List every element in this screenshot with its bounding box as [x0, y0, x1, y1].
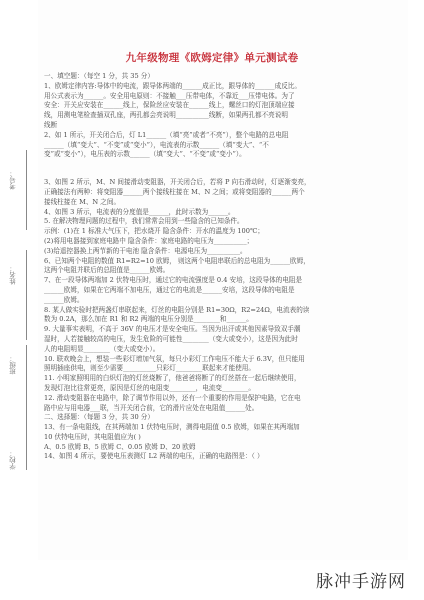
margin-label-class: 班级：	[8, 355, 17, 375]
question-1-line-2: 用公式表示为______。安全用电原则：不接触___压带电体，不靠近___压带电…	[44, 92, 380, 102]
question-5-line-3: (2)将用电器接到家庭电路中 隐含条件：家庭电路的电压为__________；	[44, 237, 380, 247]
question-6-line-2: 这两个电阻并联后的总阻值是______欧姆。	[44, 266, 380, 276]
question-1-line-3: 安全：开关应安装在______线上，保险丝应安装在______线上，螺丝口的灯泡…	[44, 101, 380, 111]
binding-margin: 考号： 姓名： 班级： 学校：	[0, 150, 36, 550]
question-13-line-2: 10 伏特电压时，其电阻值应为( )	[44, 433, 380, 443]
question-3-line-2: 正确接法有两种：将变阻器______两个接线柱接在 M、N 之间；或将变阻器的_…	[44, 188, 380, 198]
question-1-line-4: 线，用测电笔检查插双孔座，两孔都会亮说明__________线断，如果两孔都不亮…	[44, 111, 380, 121]
question-1-line-5: 线断	[44, 121, 380, 131]
question-7-line-3: ______欧姆。	[44, 296, 380, 306]
question-7-line-1: 7、在一段导体两端加 2 伏特电压时，通过它的电流强度是 0.4 安培，这段导体…	[44, 276, 380, 286]
question-3-line-1: 3、如图 2 所示，M、N 间接滑动变阻器，开关闭合后，若将 P 向右滑动时，灯…	[44, 178, 380, 188]
figure-space	[44, 160, 380, 178]
question-8-line-1: 8. 某人做实验时把两盏灯串联起来，灯丝的电阻分别是 R1=30Ω，R2=24Ω…	[44, 306, 380, 316]
question-2-line-2: ______（填“变大”、“不变”或“变小”），电流表的示数______（填“变…	[44, 141, 380, 151]
question-12-line-2: 路中应与用电器___联，当开关闭合前，它的滑片应处在电阻值______处。	[44, 404, 380, 414]
question-9-line-1: 9. 大量事实表明，不高于 36V 的电压才是安全电压。当因为出汗或其他因素导致…	[44, 325, 380, 335]
question-13-options: A、0.5 欧姆 B、5 欧姆 C、0.05 欧姆 D、20 欧姆	[44, 443, 380, 453]
question-13-line-1: 13、有一条电阻线，在其两端加 1 伏特电压时，测得电阻值 0.5 欧姆，如果在…	[44, 423, 380, 433]
question-7-line-2: ______欧姆，如果在它两端不加电压，通过它的电流是______安培，这段导体…	[44, 286, 380, 296]
question-5-line-2: 示例：(1)在 1 标准大气压下，把水烧开 隐含条件：开水的温度为 100℃；	[44, 227, 380, 237]
exam-content: 一、填空题：（每空 1 分，共 35 分） 1、欧姆定律内容:导体中的电流，跟导…	[44, 72, 380, 462]
margin-line	[26, 150, 27, 230]
question-12-line-1: 12. 滑动变阻器在电路中，除了调节作用以外，还有一个重要的作用是保护电路，它在…	[44, 394, 380, 404]
document-title: 九年级物理《欧姆定律》单元测试卷	[0, 50, 424, 65]
question-6-line-1: 6、已知两个电阻的数值 R1=R2=10 欧姆， 则这两个电阻串联后的总电阻为_…	[44, 257, 380, 267]
question-14: 14、如图 4 所示，要使电压表测灯 L2 两端的电压，正确的电路图是：（ ）	[44, 452, 380, 462]
question-10-line-2: 照明插座供电，则至少需要__________只彩灯________联起来才能使用…	[44, 364, 380, 374]
margin-line	[26, 440, 27, 470]
question-4: 4、如图 3 所示，电流表的分度值是______，此时示数为______。	[44, 208, 380, 218]
question-10-line-1: 10. 联欢晚会上，想装一些彩灯增加气氛，每只小彩灯工作电压不能大于 6.3V，…	[44, 355, 380, 365]
margin-label-school: 学校：	[8, 450, 17, 470]
question-2-line-1: 2、如 1 所示，开关闭合后，灯 L1______（填“亮”或者“不亮”），整个…	[44, 131, 380, 141]
question-8-line-2: 数为 0.2A，那么加在 R1 和 R2 两端的电压分别是________和__…	[44, 315, 380, 325]
question-2-line-3: 变”或“变小”），电压表的示数______（填“变大”、“不变”或“变小”）。	[44, 150, 380, 160]
question-11-line-1: 11. 小明家照明用的白炽灯泡的灯丝烧断了，他爸爸将断了的灯丝搭在一起后继续使用…	[44, 374, 380, 384]
margin-line	[26, 345, 27, 440]
margin-label-name: 姓名：	[8, 265, 17, 285]
question-3-line-3: 接线柱接在 M、N 之间。	[44, 198, 380, 208]
question-1-line-1: 1、欧姆定律内容:导体中的电流，跟导体两端的______成正比，跟导体的____…	[44, 82, 380, 92]
question-5-line-4: (3)给遥控器换上两节新的干电池 隐含条件：电源电压为__________。	[44, 247, 380, 257]
section-header-multiple-choice: 二、选择题：（每题 3 分，共 30 分）	[44, 413, 380, 423]
question-9-line-3: 人的电阻明显________（变大或变小）。	[44, 345, 380, 355]
margin-line	[26, 250, 27, 340]
question-9-line-2: 湿时，人若接触较高的电压，发生危险的可能性________（变大或变小），这是因…	[44, 335, 380, 345]
question-11-line-2: 发现灯泡比往常更亮，原因是灯丝的电阻变________，电流变________。	[44, 384, 380, 394]
watermark: 脉冲手游网	[316, 567, 406, 592]
margin-label-exam-number: 考号：	[8, 170, 17, 190]
question-5-line-1: 5. 在解决物理问题的过程中，我们常常会用到一些隐含的已知条件。	[44, 217, 380, 227]
section-header-fill-in: 一、填空题：（每空 1 分，共 35 分）	[44, 72, 380, 82]
